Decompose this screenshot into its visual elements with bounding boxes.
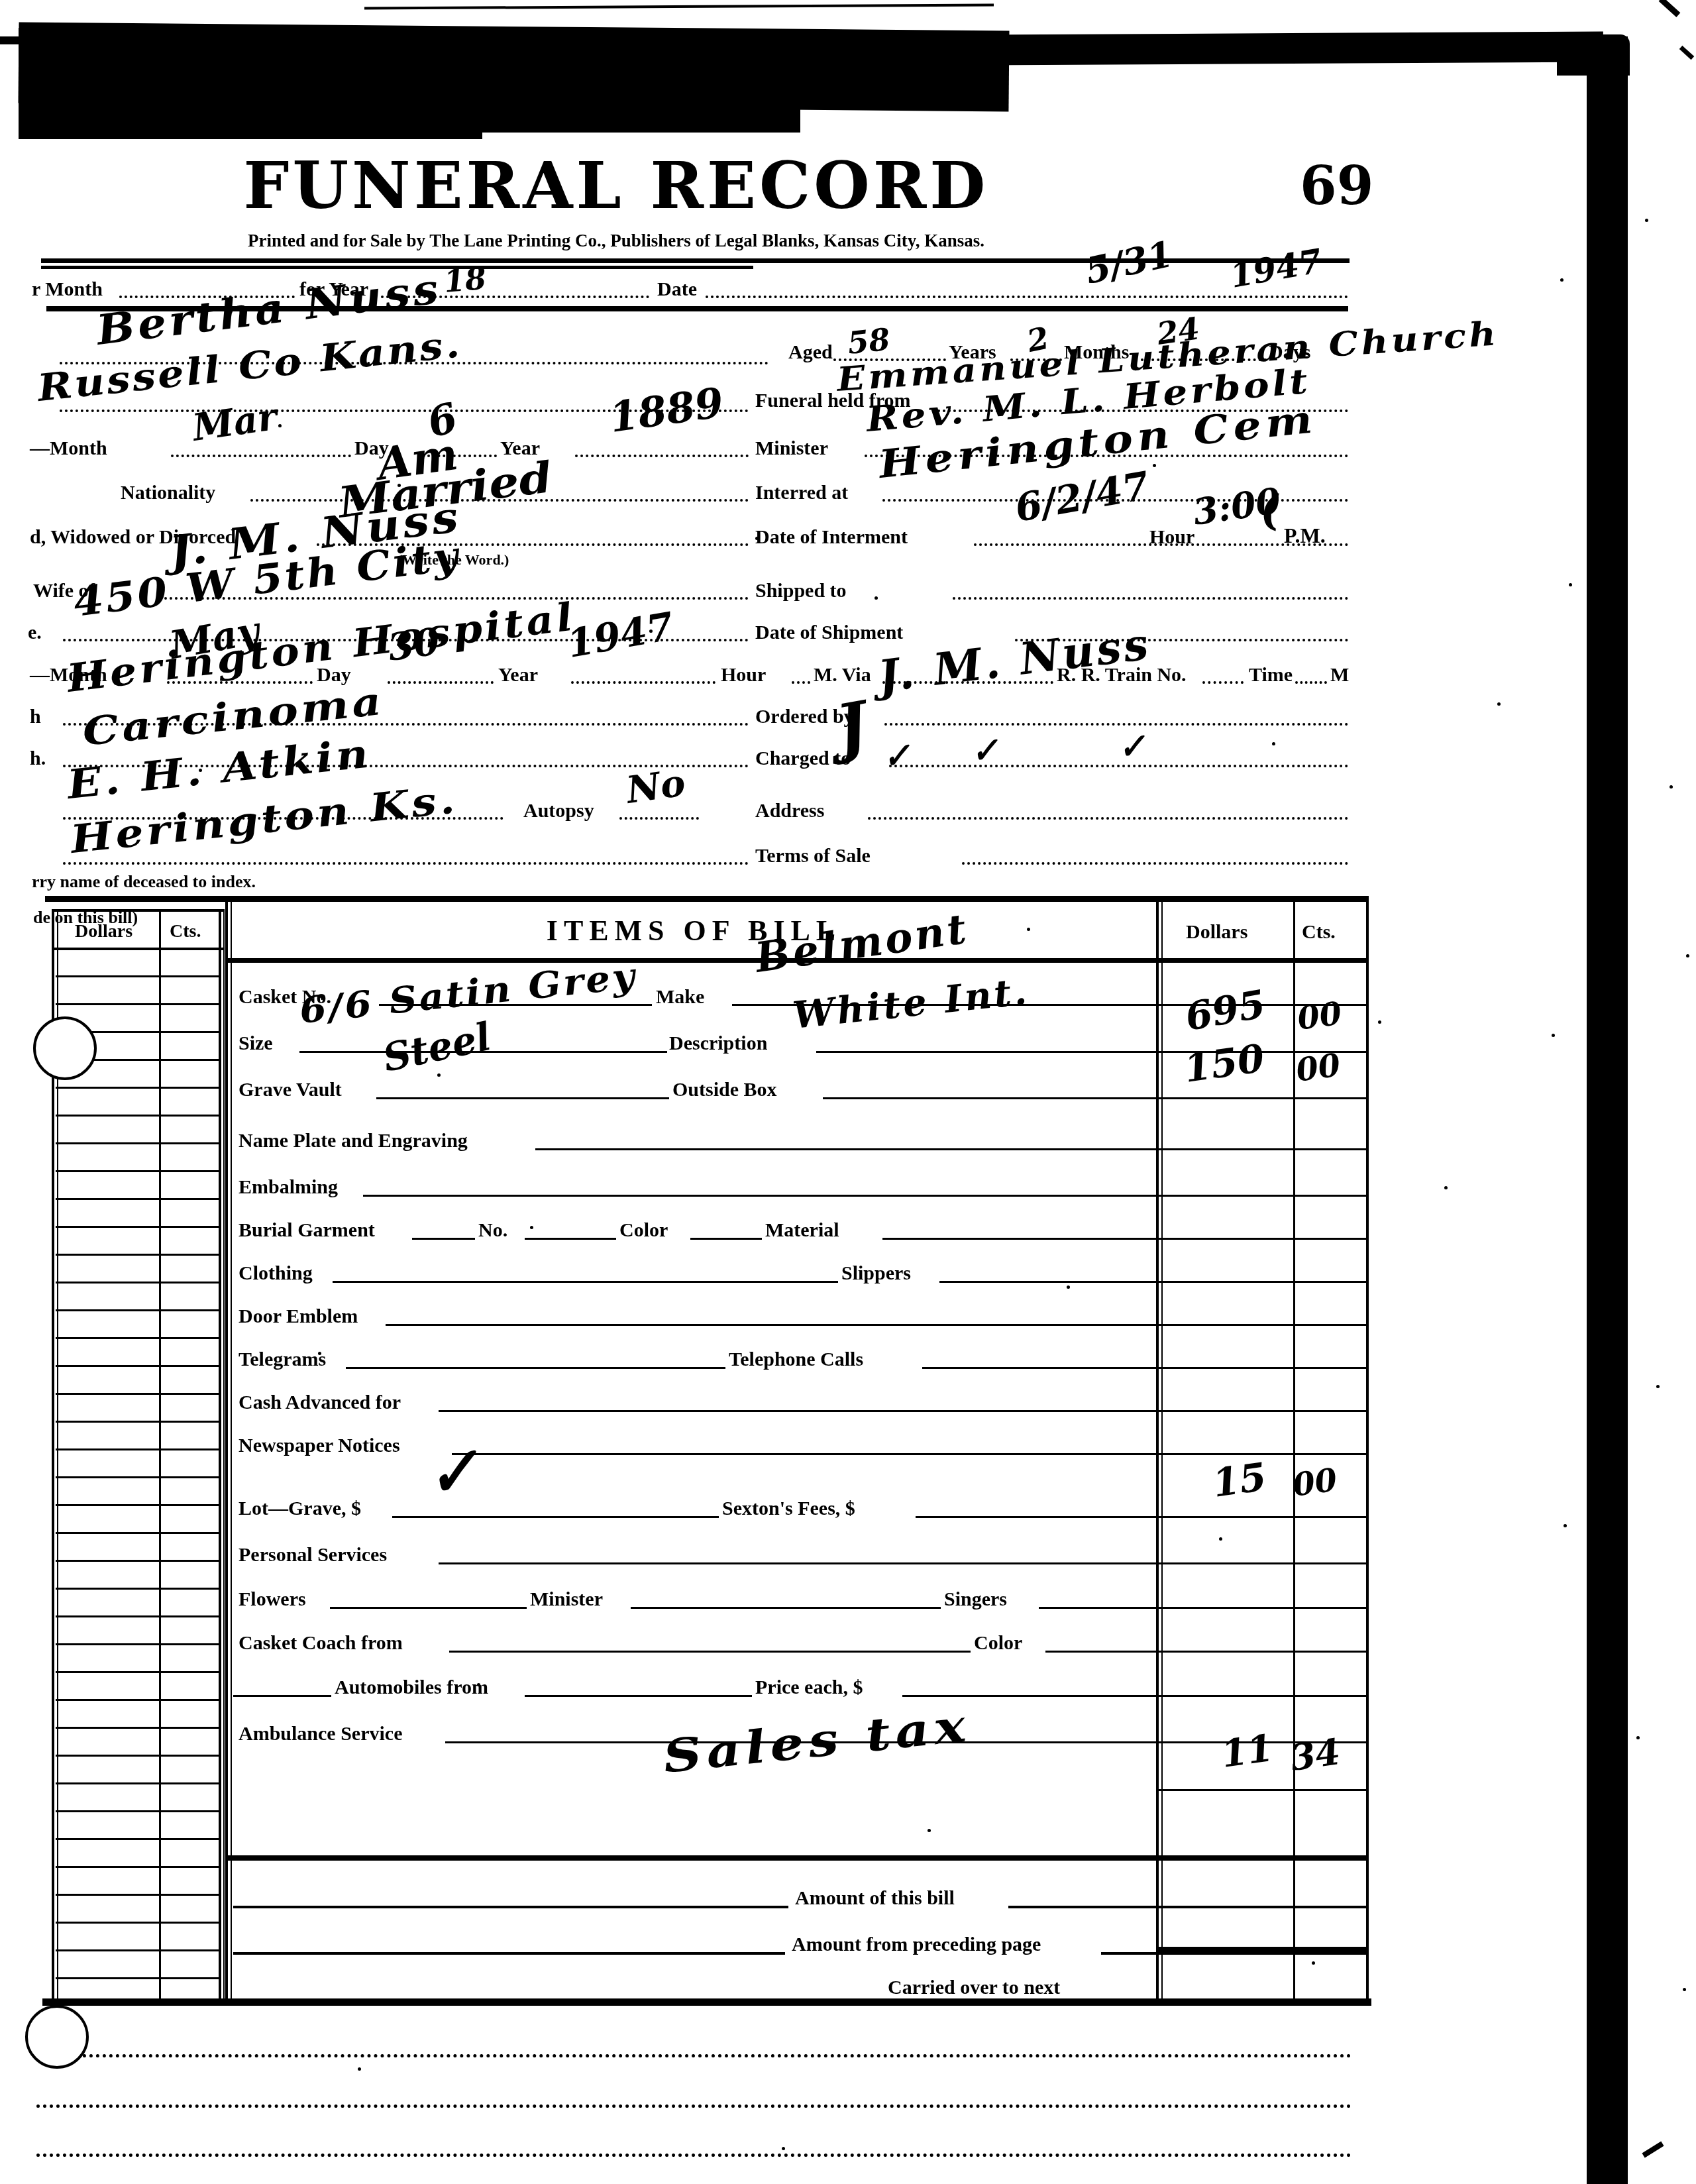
label-lot-grave: Lot—Grave, $ <box>238 1499 361 1519</box>
left-table-row-rule <box>56 1170 221 1172</box>
label-autopsy: Autopsy <box>523 801 594 821</box>
checkmark-icon: ✓ <box>969 733 1000 769</box>
label-address: Address <box>755 801 824 821</box>
amount-salestax-dollars: 11 <box>1219 1729 1275 1773</box>
amount-sexton-dollars: 15 <box>1210 1457 1269 1503</box>
left-table-row-rule <box>56 1560 221 1562</box>
left-table-row-rule <box>56 1087 221 1089</box>
hole-punch-top <box>33 1016 97 1080</box>
label-terms-of-sale: Terms of Sale <box>755 846 871 866</box>
label-outside-box: Outside Box <box>672 1080 777 1100</box>
left-table-row-rule <box>56 1977 221 1979</box>
left-table-row-rule <box>56 1699 221 1701</box>
left-table-row-rule <box>56 1866 221 1868</box>
amount-column-row-rule <box>1158 1195 1366 1197</box>
label-door-emblem: Door Emblem <box>238 1307 358 1327</box>
label-telephone-calls: Telephone Calls <box>729 1350 863 1370</box>
label-interred-at: Interred at <box>755 483 848 503</box>
label-death-hour: Hour <box>721 665 766 685</box>
page-number: 69 <box>1300 159 1373 212</box>
label-amount-preceding: Amount from preceding page <box>792 1935 1041 1955</box>
amount-column-row-rule <box>1158 1607 1366 1609</box>
label-place-fragment: h <box>30 707 41 727</box>
label-price-each: Price each, $ <box>755 1678 863 1698</box>
value-grave-vault: Steel <box>380 1017 494 1077</box>
hole-punch-bottom <box>25 2005 89 2069</box>
amount-column-row-rule <box>1158 1238 1366 1240</box>
left-table-row-rule <box>56 1810 221 1812</box>
label-date-of-shipment: Date of Shipment <box>755 623 903 643</box>
label-singers: Singers <box>944 1590 1007 1610</box>
bill-top-rule <box>45 896 1369 902</box>
left-table-row-rule <box>56 1615 221 1617</box>
left-table-row-rule <box>56 1115 221 1117</box>
label-amount-of-bill: Amount of this bill <box>795 1888 955 1908</box>
label-garment-no: No. <box>478 1221 507 1240</box>
left-table-row-rule <box>56 1337 221 1339</box>
left-col-dollars: Dollars <box>75 922 132 941</box>
label-size: Size <box>238 1034 273 1054</box>
label-coach-color: Color <box>974 1633 1022 1653</box>
left-table-row-rule <box>56 1949 221 1951</box>
label-slippers: Slippers <box>841 1264 911 1283</box>
page-title: FUNERAL RECORD <box>152 154 1080 218</box>
label-name-plate: Name Plate and Engraving <box>238 1131 468 1151</box>
amount-column-row-rule <box>1158 1097 1366 1099</box>
amount-column-row-rule <box>1158 1410 1366 1412</box>
label-carried-over: Carried over to next <box>888 1978 1060 1998</box>
label-flowers: Flowers <box>238 1590 306 1610</box>
label-description: Description <box>669 1034 767 1054</box>
label-date-of-interment: Date of Interment <box>755 527 908 547</box>
amount-column-row-rule <box>1158 1051 1366 1053</box>
left-table-row-rule <box>56 1476 221 1478</box>
value-aged-years: 58 <box>846 324 891 358</box>
left-table-row-rule <box>56 1254 221 1256</box>
value-autopsy: No <box>624 764 687 809</box>
label-shipped-to: Shipped to <box>755 581 847 601</box>
left-table-row-rule <box>56 1671 221 1673</box>
label-time-m: M <box>1330 665 1349 685</box>
bill-bottom-rule <box>42 1998 1371 2006</box>
label-pm: P.M. <box>1284 525 1326 546</box>
value-ordered-by: J. M. Nuss <box>876 622 1153 698</box>
label-date: Date <box>657 280 697 300</box>
amount-column-row-rule <box>1158 1516 1366 1518</box>
label-telegrams: Telegrams <box>238 1350 326 1370</box>
label-make: Make <box>656 987 704 1007</box>
label-garment-color: Color <box>619 1221 668 1240</box>
value-date-year: 1947 <box>1228 245 1324 293</box>
value-birth-year: 1889 <box>607 382 726 439</box>
left-table-row-rule <box>56 1282 221 1283</box>
bill-col-dollars: Dollars <box>1186 922 1247 942</box>
amount-column-row-rule <box>1158 1741 1366 1743</box>
value-birth-month: Mar <box>190 398 279 447</box>
label-residence-fragment: e. <box>28 623 42 643</box>
left-table-row-rule <box>56 1588 221 1590</box>
amount-column-row-rule <box>1158 1453 1366 1455</box>
amount-salestax-cts: 34 <box>1288 1733 1342 1776</box>
label-cash-advanced: Cash Advanced for <box>238 1393 401 1413</box>
label-burial-garment: Burial Garment <box>238 1221 375 1240</box>
left-table-row-rule <box>56 1142 221 1144</box>
amount-column-row-rule <box>1158 1651 1366 1653</box>
label-cause-fragment: h. <box>30 749 46 769</box>
left-table-row-rule <box>56 1393 221 1395</box>
label-aged: Aged <box>788 343 833 362</box>
amount-column-row-rule <box>1158 1367 1366 1369</box>
label-embalming: Embalming <box>238 1177 338 1197</box>
left-table-row-rule <box>56 1532 221 1534</box>
checkmark-icon: ✓ <box>422 1438 483 1507</box>
left-table-row-rule <box>56 1365 221 1367</box>
label-m-via: M. Via <box>814 665 871 685</box>
amount-column-row-rule <box>1158 1148 1366 1150</box>
left-table-row-rule <box>56 1226 221 1228</box>
bill-col-cts: Cts. <box>1302 922 1336 942</box>
left-table-row-rule <box>56 1727 221 1729</box>
label-grave-vault: Grave Vault <box>238 1080 342 1100</box>
bill-title: ITEMS OF BILL <box>232 916 1156 946</box>
left-table-row-rule <box>56 1838 221 1840</box>
left-table-row-rule <box>56 1922 221 1924</box>
amount-column-row-rule <box>1158 1004 1366 1006</box>
checkmark-icon: ✓ <box>881 738 912 774</box>
label-nationality: Nationality <box>121 483 215 503</box>
amount-column-row-rule <box>1158 1281 1366 1283</box>
label-clothing: Clothing <box>238 1264 313 1283</box>
left-table-row-rule <box>56 1504 221 1506</box>
scan-artifact-spine-bar <box>1587 36 1628 2184</box>
funeral-record-document: FUNERAL RECORD 69 Printed and for Sale b… <box>0 0 1696 2184</box>
amount-casket-dollars: 695 <box>1183 985 1268 1036</box>
left-table-row-rule <box>56 1421 221 1423</box>
label-birth-month: —Month <box>30 439 107 459</box>
left-table-row-rule <box>56 1309 221 1311</box>
value-description: White Int. <box>791 973 1031 1034</box>
label-for-month: r Month <box>32 280 103 300</box>
left-table-row-rule <box>56 975 221 977</box>
amount-casket-cts: 00 <box>1295 997 1344 1035</box>
label-flowers-minister: Minister <box>530 1590 603 1610</box>
value-for-year: 18 <box>443 263 488 297</box>
value-date-of-interment: 6/2/47 <box>1012 466 1152 527</box>
page-subtitle: Printed and for Sale by The Lane Printin… <box>119 232 1113 250</box>
label-newspaper-notices: Newspaper Notices <box>238 1436 400 1456</box>
label-automobiles-from: Automobiles from <box>335 1678 488 1698</box>
amount-vault-dollars: 150 <box>1182 1039 1267 1088</box>
amount-column-row-rule <box>1158 1695 1366 1697</box>
amount-column-row-rule <box>1158 1324 1366 1326</box>
label-charged-to: Charged to <box>755 749 851 769</box>
left-table-row-rule <box>56 1198 221 1200</box>
left-table-row-rule <box>56 1894 221 1896</box>
value-death-year: 1947 <box>564 607 676 663</box>
left-table-row-rule <box>56 1003 221 1005</box>
label-garment-material: Material <box>765 1221 839 1240</box>
value-sales-tax: Sales tax <box>661 1703 973 1780</box>
checkmark-icon: ✓ <box>1116 729 1147 765</box>
label-hour: Hour <box>1149 527 1194 547</box>
left-table-row-rule <box>56 1755 221 1757</box>
amount-column-row-rule <box>1158 1562 1366 1564</box>
label-personal-services: Personal Services <box>238 1545 387 1565</box>
label-minister: Minister <box>755 439 828 459</box>
label-sextons-fees: Sexton's Fees, $ <box>722 1499 855 1519</box>
left-table-row-rule <box>56 1643 221 1645</box>
left-table-row-rule <box>56 1448 221 1450</box>
label-time: Time <box>1249 665 1293 685</box>
note-index: rry name of deceased to index. <box>32 873 256 891</box>
label-death-year: Year <box>498 665 538 685</box>
label-ambulance-service: Ambulance Service <box>238 1724 402 1744</box>
amount-column-row-rule <box>1158 1789 1366 1791</box>
label-casket-coach: Casket Coach from <box>238 1633 403 1653</box>
bill-subtotal-rule <box>225 1855 1369 1861</box>
left-col-cts: Cts. <box>170 922 201 941</box>
amount-sexton-cts: 00 <box>1291 1464 1339 1501</box>
amount-vault-cts: 00 <box>1294 1049 1342 1087</box>
left-table-row-rule <box>56 1782 221 1784</box>
